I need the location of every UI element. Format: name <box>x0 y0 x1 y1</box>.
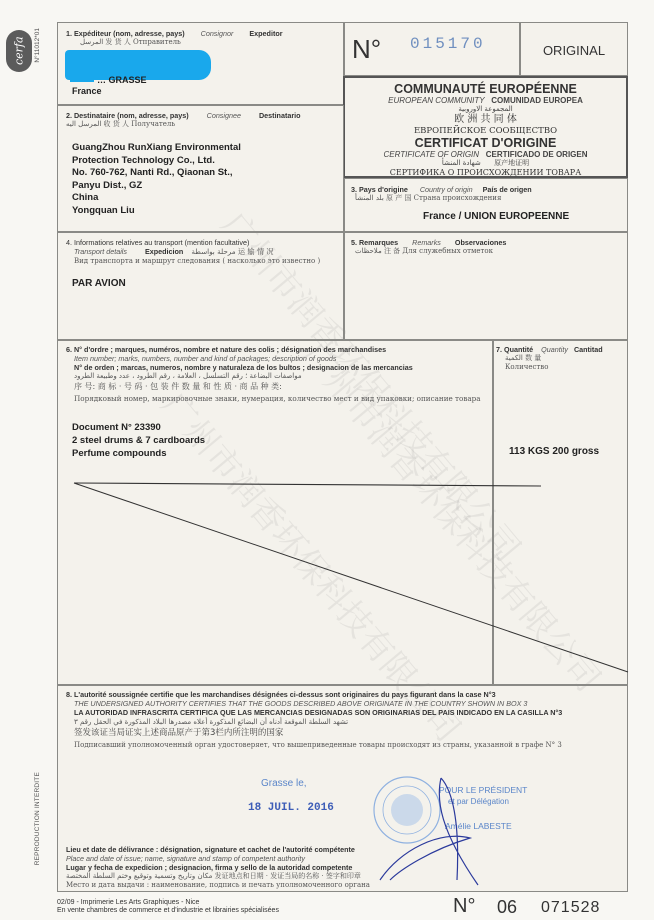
footer-printer: 02/09 - Imprimerie Les Arts Graphiques -… <box>57 899 199 907</box>
footer-number-prefix: N° <box>453 895 475 918</box>
footer-number: 071528 <box>541 899 600 917</box>
certificate-page: cerfa N°11012*01 REPRODUCTION INTERDITE … <box>0 0 654 920</box>
footer-sale: En vente chambres de commerce et d'indus… <box>57 907 279 915</box>
sig-label-en: Place and date of issue; name, signature… <box>66 854 305 863</box>
sig-label-es: Lugar y fecha de expedicion ; designacio… <box>66 863 352 872</box>
sig-label-ru: Место и дата выдачи : наименование, подп… <box>66 881 370 890</box>
sig-label-ar-zh: مكان وتاريخ وتسمية وتوقيع وختم السلطة ال… <box>66 872 361 881</box>
sig-label-fr: Lieu et date de délivrance : désignation… <box>66 845 355 854</box>
signature <box>0 0 654 920</box>
footer-series: 06 <box>497 897 517 918</box>
